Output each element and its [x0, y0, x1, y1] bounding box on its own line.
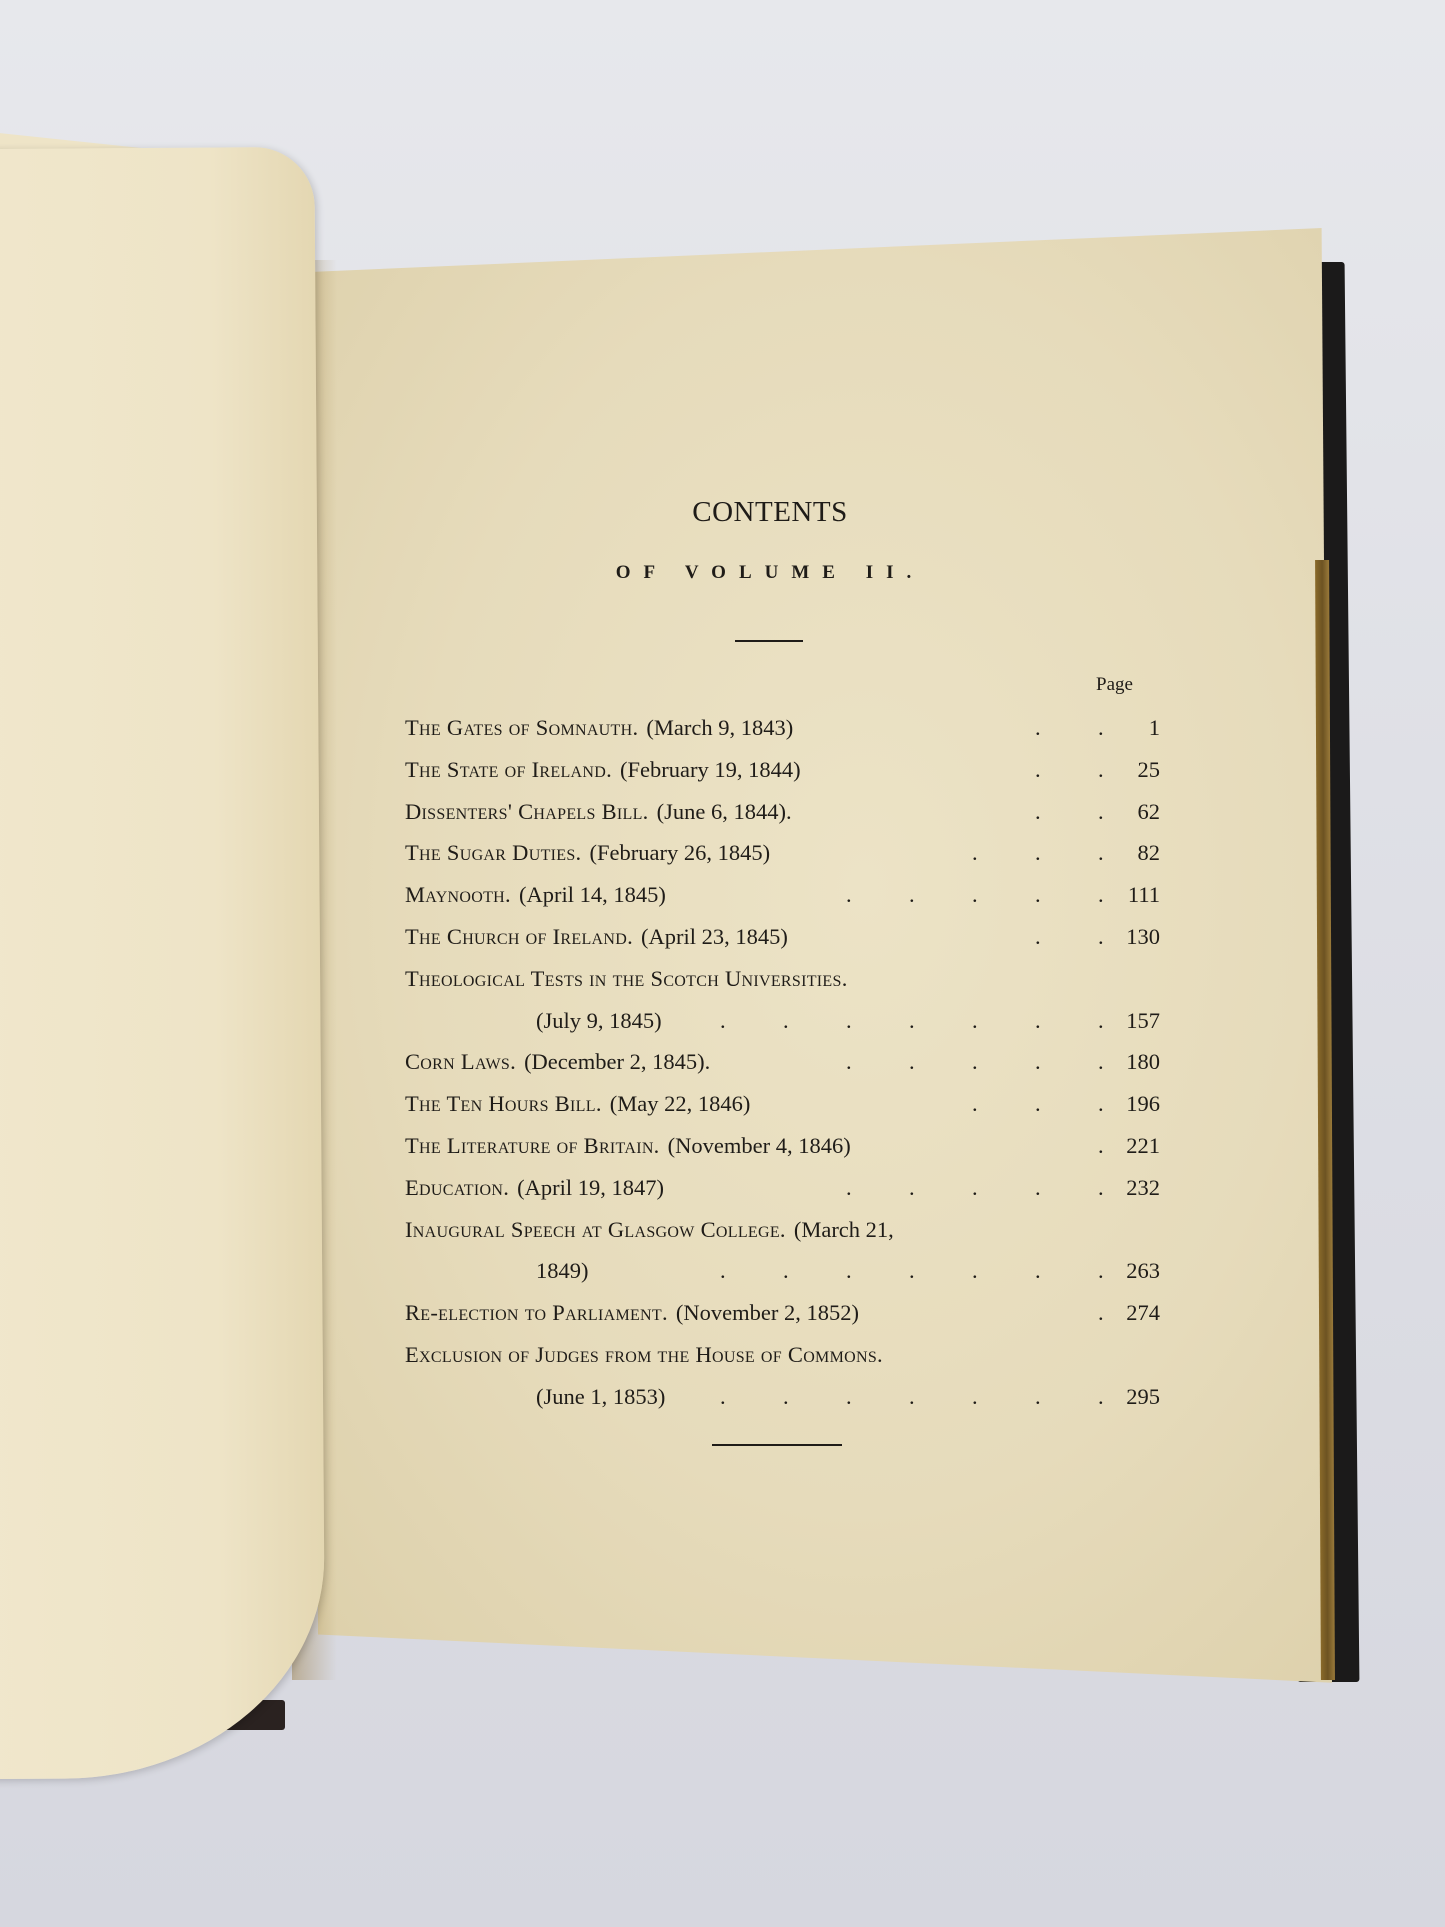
- toc-entry-text: Maynooth.(April 14, 1845): [405, 882, 666, 908]
- leader-dot: .: [783, 1258, 789, 1284]
- toc-entry-title: Theological Tests in the Scotch Universi…: [405, 966, 848, 991]
- toc-entry: Corn Laws.(December 2, 1845)......180: [0, 1049, 1445, 1089]
- toc-entry-date: (April 14, 1845): [519, 882, 666, 907]
- volume-subtitle: OF VOLUME II.: [600, 562, 940, 584]
- toc-entry-title: The Church of Ireland.: [405, 924, 633, 949]
- toc-entry-date: (March 9, 1843): [646, 715, 793, 740]
- toc-entry-text: The State of Ireland.(February 19, 1844): [405, 757, 801, 783]
- leader-dot: .: [1035, 1175, 1041, 1201]
- leader-dot: .: [909, 1258, 915, 1284]
- toc-entry: The State of Ireland.(February 19, 1844)…: [0, 757, 1445, 797]
- leader-dot: .: [783, 1008, 789, 1034]
- toc-entry-date: (May 22, 1846): [610, 1091, 751, 1116]
- leader-dot: .: [846, 1258, 852, 1284]
- toc-page-number: 180: [1080, 1049, 1160, 1075]
- toc-page-number: 130: [1080, 924, 1160, 950]
- leader-dot: .: [1035, 1258, 1041, 1284]
- toc-entry-text: 1849): [536, 1258, 589, 1284]
- toc-entry: Re-election to Parliament.(November 2, 1…: [0, 1300, 1445, 1340]
- toc-entry-date: (June 1, 1853): [536, 1384, 665, 1409]
- toc-entry-text: The Literature of Britain.(November 4, 1…: [405, 1133, 851, 1159]
- leader-dot: .: [909, 1008, 915, 1034]
- toc-entry-title: Maynooth.: [405, 882, 511, 907]
- toc-entry: (July 9, 1845).......157: [0, 1008, 1445, 1048]
- toc-entry-date: (April 23, 1845): [641, 924, 788, 949]
- page-column-label: Page: [1096, 674, 1133, 696]
- toc-entry-text: (June 1, 1853): [536, 1384, 665, 1410]
- toc-entry-text: Education.(April 19, 1847): [405, 1175, 664, 1201]
- toc-entry-title: The Gates of Somnauth.: [405, 715, 638, 740]
- leader-dot: .: [846, 1175, 852, 1201]
- toc-entry-text: The Ten Hours Bill.(May 22, 1846): [405, 1091, 750, 1117]
- toc-entry-title: Inaugural Speech at Glasgow College.: [405, 1217, 786, 1242]
- toc-page-number: 111: [1080, 882, 1160, 908]
- toc-page-number: 274: [1080, 1300, 1160, 1326]
- toc-page-number: 25: [1080, 757, 1160, 783]
- leader-dot: .: [1035, 715, 1041, 741]
- ornament-rule-top: [735, 640, 803, 642]
- leader-dot: .: [1035, 757, 1041, 783]
- toc-entry-date: (February 26, 1845): [589, 840, 770, 865]
- leader-dot: .: [846, 1008, 852, 1034]
- toc-entry-title: Education.: [405, 1175, 509, 1200]
- leader-dot: .: [846, 1384, 852, 1410]
- toc-entry: Exclusion of Judges from the House of Co…: [0, 1342, 1445, 1382]
- toc-entry-title: The Ten Hours Bill.: [405, 1091, 602, 1116]
- leader-dot: .: [1035, 1384, 1041, 1410]
- toc-entry: The Sugar Duties.(February 26, 1845)...8…: [0, 840, 1445, 880]
- toc-page-number: 82: [1080, 840, 1160, 866]
- toc-entry-date: (April 19, 1847): [517, 1175, 664, 1200]
- leader-dot: .: [972, 1049, 978, 1075]
- toc-entry: The Ten Hours Bill.(May 22, 1846)...196: [0, 1091, 1445, 1131]
- toc-entry: Dissenters' Chapels Bill.(June 6, 1844).…: [0, 799, 1445, 839]
- toc-entry-text: Corn Laws.(December 2, 1845).: [405, 1049, 710, 1075]
- toc-entry: The Literature of Britain.(November 4, 1…: [0, 1133, 1445, 1173]
- leader-dot: .: [846, 1049, 852, 1075]
- toc-entry-date: (March 21,: [794, 1217, 894, 1242]
- toc-page-number: 157: [1080, 1008, 1160, 1034]
- toc-entry-date: 1849): [536, 1258, 589, 1283]
- leader-dot: .: [972, 840, 978, 866]
- toc-entry-title: Re-election to Parliament.: [405, 1300, 668, 1325]
- toc-entry-text: The Gates of Somnauth.(March 9, 1843): [405, 715, 793, 741]
- toc-entry-text: Re-election to Parliament.(November 2, 1…: [405, 1300, 859, 1326]
- leader-dot: .: [1035, 1049, 1041, 1075]
- leader-dot: .: [1035, 1008, 1041, 1034]
- toc-page-number: 295: [1080, 1384, 1160, 1410]
- toc-entry: Inaugural Speech at Glasgow College.(Mar…: [0, 1217, 1445, 1257]
- leader-dot: .: [1035, 1091, 1041, 1117]
- toc-entry-date: (November 2, 1852): [676, 1300, 859, 1325]
- toc-page-number: 1: [1080, 715, 1160, 741]
- leader-dot: .: [972, 1175, 978, 1201]
- toc-entry: Education.(April 19, 1847).....232: [0, 1175, 1445, 1215]
- ornament-rule-bottom: [712, 1444, 842, 1446]
- toc-page-number: 62: [1080, 799, 1160, 825]
- toc-page-number: 232: [1080, 1175, 1160, 1201]
- leader-dot: .: [720, 1384, 726, 1410]
- leader-dot: .: [972, 1008, 978, 1034]
- leader-dot: .: [909, 1175, 915, 1201]
- toc-entry-title: The Literature of Britain.: [405, 1133, 660, 1158]
- toc-entry-date: (June 6, 1844).: [657, 799, 792, 824]
- toc-entry-text: The Sugar Duties.(February 26, 1845): [405, 840, 770, 866]
- toc-entry: Maynooth.(April 14, 1845).....111: [0, 882, 1445, 922]
- leader-dot: .: [846, 882, 852, 908]
- toc-entry: The Church of Ireland.(April 23, 1845)..…: [0, 924, 1445, 964]
- toc-entry-title: Dissenters' Chapels Bill.: [405, 799, 649, 824]
- toc-entry: Theological Tests in the Scotch Universi…: [0, 966, 1445, 1006]
- leader-dot: .: [972, 1258, 978, 1284]
- leader-dot: .: [909, 1384, 915, 1410]
- toc-entry-date: (February 19, 1844): [620, 757, 801, 782]
- toc-entry: 1849).......263: [0, 1258, 1445, 1298]
- toc-entry-date: (December 2, 1845).: [524, 1049, 710, 1074]
- toc-entry-title: The Sugar Duties.: [405, 840, 581, 865]
- leader-dot: .: [720, 1258, 726, 1284]
- toc-page-number: 196: [1080, 1091, 1160, 1117]
- leader-dot: .: [972, 1091, 978, 1117]
- leader-dot: .: [909, 1049, 915, 1075]
- leader-dot: .: [972, 1384, 978, 1410]
- leader-dot: .: [1035, 840, 1041, 866]
- toc-entry-text: The Church of Ireland.(April 23, 1845): [405, 924, 788, 950]
- leader-dot: .: [972, 882, 978, 908]
- page-title: CONTENTS: [660, 496, 880, 529]
- toc-entry-text: Exclusion of Judges from the House of Co…: [405, 1342, 883, 1368]
- toc-entry-text: Theological Tests in the Scotch Universi…: [405, 966, 848, 992]
- toc-entry-text: Dissenters' Chapels Bill.(June 6, 1844).: [405, 799, 792, 825]
- toc-entry-date: (July 9, 1845): [536, 1008, 662, 1033]
- leader-dot: .: [1035, 882, 1041, 908]
- toc-entry-title: The State of Ireland.: [405, 757, 612, 782]
- toc-entry-title: Corn Laws.: [405, 1049, 516, 1074]
- leader-dot: .: [909, 882, 915, 908]
- toc-page-number: 263: [1080, 1258, 1160, 1284]
- toc-entry-title: Exclusion of Judges from the House of Co…: [405, 1342, 883, 1367]
- leader-dot: .: [1035, 924, 1041, 950]
- leader-dot: .: [720, 1008, 726, 1034]
- toc-entry: The Gates of Somnauth.(March 9, 1843)..1: [0, 715, 1445, 755]
- leader-dot: .: [1035, 799, 1041, 825]
- toc-entry-text: (July 9, 1845): [536, 1008, 662, 1034]
- toc-entry: (June 1, 1853).......295: [0, 1384, 1445, 1424]
- toc-entry-date: (November 4, 1846): [668, 1133, 851, 1158]
- toc-entry-text: Inaugural Speech at Glasgow College.(Mar…: [405, 1217, 894, 1243]
- leader-dot: .: [783, 1384, 789, 1410]
- toc-page-number: 221: [1080, 1133, 1160, 1159]
